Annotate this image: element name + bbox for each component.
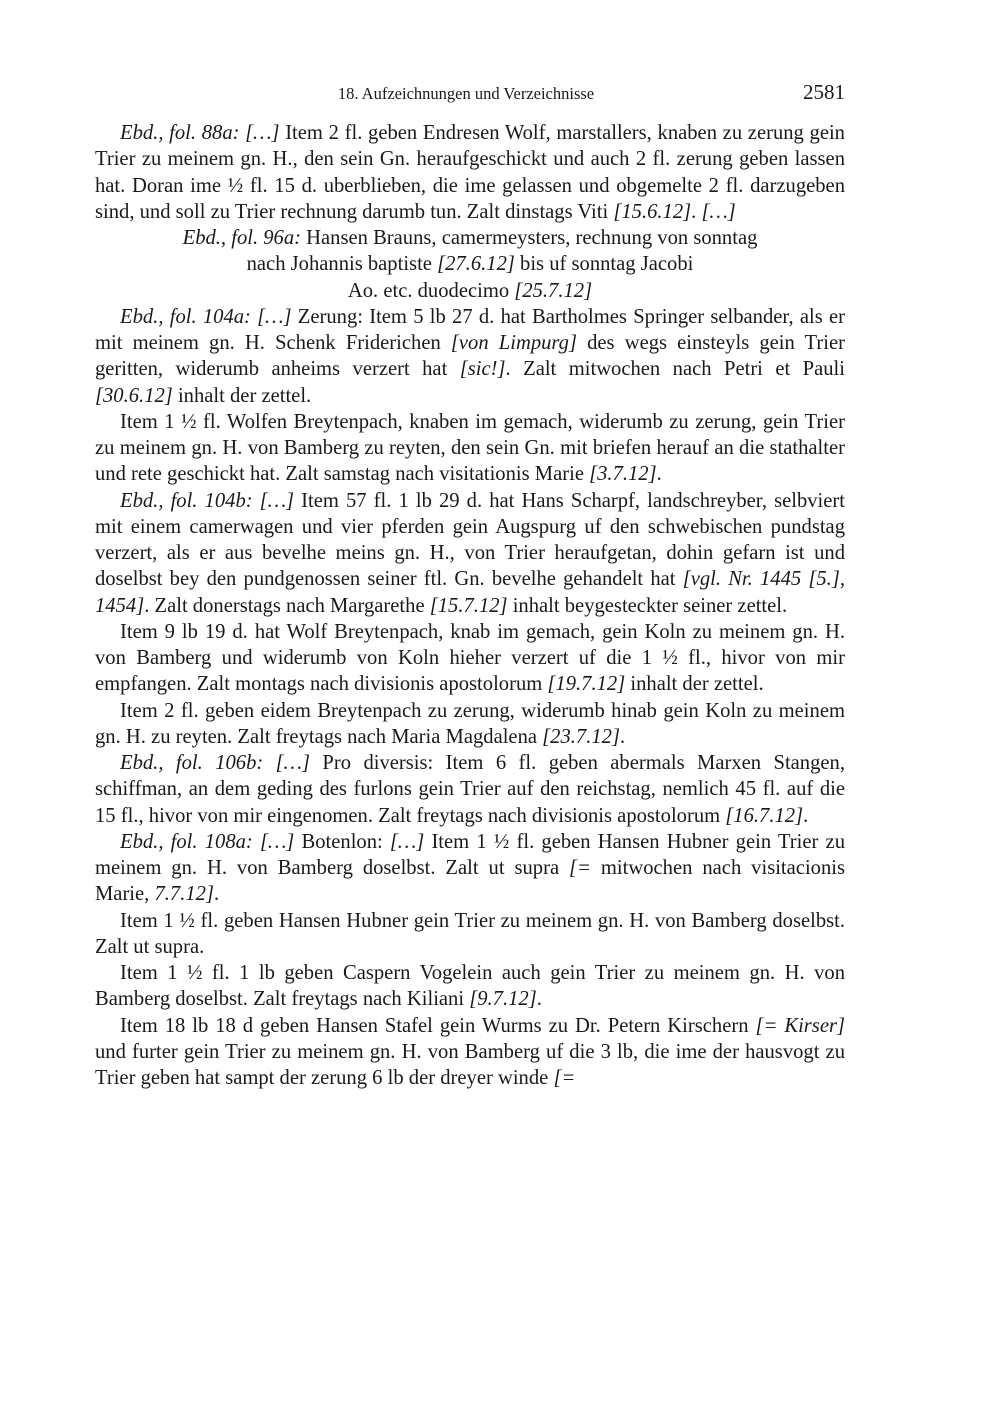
- text-segment: .: [657, 463, 662, 485]
- italic-segment: 7.7.12]: [154, 883, 214, 905]
- text-segment: inhalt der zettel.: [173, 385, 311, 407]
- paragraph-fol-88a: Ebd., fol. 88a: […] Item 2 fl. geben End…: [95, 120, 845, 225]
- italic-segment: [30.6.12]: [95, 385, 173, 407]
- italic-segment: [25.7.12]: [514, 280, 592, 302]
- text-segment: Ao. etc. duodecimo: [348, 280, 514, 302]
- text-segment: bis uf sonntag Jacobi: [515, 253, 693, 275]
- italic-segment: [27.6.12]: [437, 253, 515, 275]
- text-segment: .: [537, 988, 542, 1010]
- italic-segment: Ebd., fol. 88a: […]: [120, 122, 280, 144]
- italic-segment: [=: [553, 1067, 575, 1089]
- italic-segment: [15.7.12]: [430, 595, 508, 617]
- paragraph-fol-106b: Ebd., fol. 106b: […] Pro diversis: Item …: [95, 750, 845, 829]
- paragraph-item-wolf-breytenpach-koln: Item 9 lb 19 d. hat Wolf Breytenpach, kn…: [95, 619, 845, 698]
- centered-line: Ebd., fol. 96a: Hansen Brauns, camermeys…: [95, 225, 845, 251]
- centered-line: Ao. etc. duodecimo [25.7.12]: [95, 278, 845, 304]
- text-segment: Hansen Brauns, camermeysters, rechnung v…: [301, 227, 757, 249]
- italic-segment: [9.7.12]: [469, 988, 537, 1010]
- italic-segment: Ebd., fol. 96a:: [183, 227, 301, 249]
- text-segment: . Zalt donerstags nach Margarethe: [144, 595, 430, 617]
- italic-segment: Ebd., fol. 104b: […]: [120, 490, 294, 512]
- paragraph-fol-104a: Ebd., fol. 104a: […] Zerung: Item 5 lb 2…: [95, 304, 845, 409]
- text-segment: .: [620, 726, 625, 748]
- italic-segment: [=: [569, 857, 591, 879]
- running-title: 18. Aufzeichnungen und Verzeichnisse: [95, 84, 845, 104]
- paragraph-fol-96a-heading: Ebd., fol. 96a: Hansen Brauns, camermeys…: [95, 225, 845, 304]
- paragraph-item-eidem-breytenpach: Item 2 fl. geben eidem Breytenpach zu ze…: [95, 698, 845, 751]
- text-segment: inhalt beygesteckter seiner zettel.: [508, 595, 788, 617]
- page-header: 18. Aufzeichnungen und Verzeichnisse 258…: [95, 80, 845, 106]
- italic-segment: [16.7.12]: [725, 805, 803, 827]
- italic-segment: [sic!]: [460, 358, 506, 380]
- paragraph-fol-104b: Ebd., fol. 104b: […] Item 57 fl. 1 lb 29…: [95, 488, 845, 619]
- italic-segment: [19.7.12]: [547, 673, 625, 695]
- italic-segment: […]: [390, 831, 424, 853]
- text-segment: Item 18 lb 18 d geben Hansen Stafel gein…: [120, 1015, 755, 1037]
- text-segment: .: [214, 883, 219, 905]
- text-segment: Botenlon:: [294, 831, 390, 853]
- italic-segment: [von Limpurg]: [451, 332, 577, 354]
- italic-segment: […]: [701, 201, 735, 223]
- text-segment: . Zalt mitwochen nach Petri et Pauli: [506, 358, 845, 380]
- text-segment: Item 1 ½ fl. Wolfen Breytenpach, knaben …: [95, 411, 845, 486]
- text-segment: und furter gein Trier zu meinem gn. H. v…: [95, 1041, 845, 1089]
- centered-line: nach Johannis baptiste [27.6.12] bis uf …: [95, 251, 845, 277]
- italic-segment: [= Kirser]: [755, 1015, 845, 1037]
- italic-segment: [3.7.12]: [589, 463, 657, 485]
- paragraph-item-wolfen-breytenpach: Item 1 ½ fl. Wolfen Breytenpach, knaben …: [95, 409, 845, 488]
- text-segment: inhalt der zettel.: [625, 673, 763, 695]
- text-segment: .: [803, 805, 808, 827]
- italic-segment: [23.7.12]: [542, 726, 620, 748]
- italic-segment: Ebd., fol. 108a: […]: [120, 831, 294, 853]
- text-segment: .: [691, 201, 701, 223]
- italic-segment: Ebd., fol. 104a: […]: [120, 306, 292, 328]
- text-segment: nach Johannis baptiste: [247, 253, 437, 275]
- text-segment: Item 1 ½ fl. geben Hansen Hubner gein Tr…: [95, 910, 845, 958]
- italic-segment: [15.6.12]: [613, 201, 691, 223]
- text-segment: Item 2 fl. geben eidem Breytenpach zu ze…: [95, 700, 845, 748]
- page-number: 2581: [803, 80, 845, 105]
- paragraph-item-caspern-vogelein: Item 1 ½ fl. 1 lb geben Caspern Vogelein…: [95, 960, 845, 1013]
- paragraph-item-hansen-hubner: Item 1 ½ fl. geben Hansen Hubner gein Tr…: [95, 908, 845, 961]
- paragraph-fol-108a: Ebd., fol. 108a: […] Botenlon: […] Item …: [95, 829, 845, 908]
- paragraph-item-hansen-stafel: Item 18 lb 18 d geben Hansen Stafel gein…: [95, 1013, 845, 1092]
- italic-segment: Ebd., fol. 106b: […]: [120, 752, 310, 774]
- body-text: Ebd., fol. 88a: […] Item 2 fl. geben End…: [95, 120, 845, 1091]
